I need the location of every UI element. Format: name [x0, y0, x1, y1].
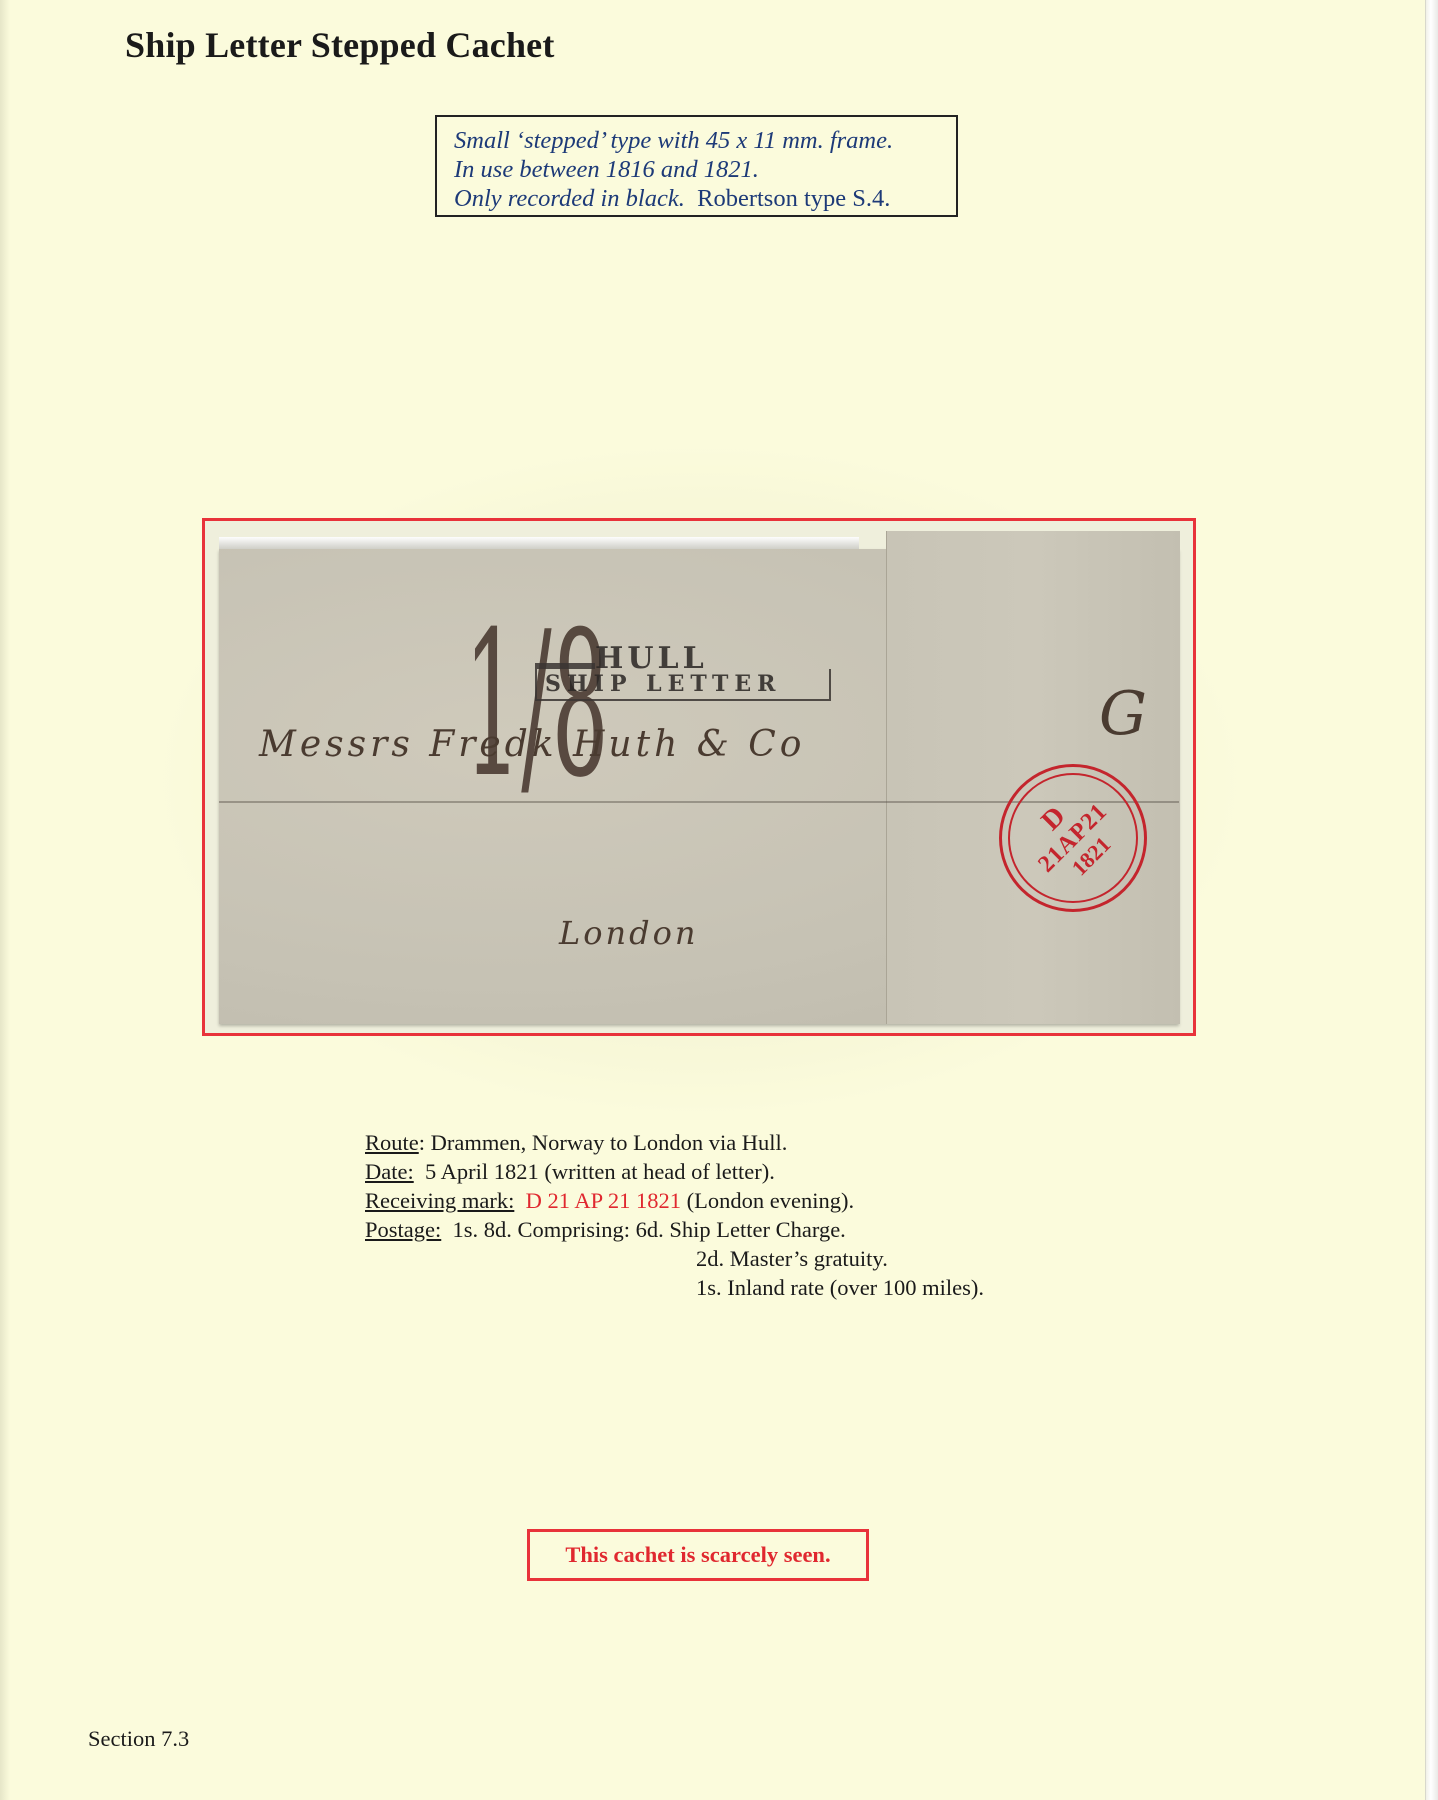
postage-row: Postage: 1s. 8d. Comprising: 6d. Ship Le…	[365, 1215, 984, 1244]
date-row: Date: 5 April 1821 (written at head of l…	[365, 1157, 984, 1186]
hull-ship-letter-cachet: HULL SHIP LETTER	[535, 641, 831, 703]
recorded-color-note: Only recorded in black.	[454, 185, 685, 212]
receiving-row: Receiving mark: D 21 AP 21 1821 (London …	[365, 1186, 984, 1215]
postage-value: 1s. 8d. Comprising: 6d. Ship Letter Char…	[453, 1217, 846, 1242]
description-line-3: Only recorded in black. Robertson type S…	[454, 184, 956, 213]
scarcity-notice: This cachet is scarcely seen.	[527, 1529, 869, 1581]
postage-manuscript: 1/8	[464, 589, 609, 822]
route-label: Route	[365, 1130, 419, 1155]
addressee-handwriting: Messrs Fredk Huth & Co	[259, 724, 805, 765]
receiving-note: (London evening).	[687, 1188, 854, 1213]
postage-item: 2d. Master’s gratuity.	[365, 1244, 984, 1273]
description-box: Small ‘stepped’ type with 45 x 11 mm. fr…	[435, 115, 958, 217]
cover-description: Route: Drammen, Norway to London via Hul…	[365, 1128, 984, 1302]
page-title: Ship Letter Stepped Cachet	[125, 24, 555, 66]
cachet-line-2: SHIP LETTER	[545, 671, 781, 697]
description-line-2: In use between 1816 and 1821.	[454, 155, 956, 184]
section-label: Section 7.3	[88, 1726, 189, 1752]
receiving-mark: D 21 AP 21 1821	[526, 1188, 681, 1213]
receiving-postmark: D 21AP21 1821	[999, 764, 1147, 912]
rate-manuscript: G	[1099, 679, 1147, 749]
description-line-1: Small ‘stepped’ type with 45 x 11 mm. fr…	[454, 126, 956, 155]
date-label: Date:	[365, 1159, 414, 1184]
robertson-type: Robertson type S.4.	[697, 185, 890, 212]
page-shadow	[0, 0, 10, 1800]
postage-label: Postage:	[365, 1217, 441, 1242]
receiving-label: Receiving mark:	[365, 1188, 514, 1213]
destination-handwriting: London	[559, 914, 698, 952]
postage-item: 1s. Inland rate (over 100 miles).	[365, 1273, 984, 1302]
route-row: Route: Drammen, Norway to London via Hul…	[365, 1128, 984, 1157]
page-edge	[1425, 0, 1438, 1800]
date-value: 5 April 1821 (written at head of letter)…	[425, 1159, 775, 1184]
cover-frame: 1/8 HULL SHIP LETTER Messrs Fredk Huth &…	[202, 518, 1196, 1036]
route-value: : Drammen, Norway to London via Hull.	[419, 1130, 788, 1155]
letter-cover-image: 1/8 HULL SHIP LETTER Messrs Fredk Huth &…	[219, 549, 1179, 1024]
